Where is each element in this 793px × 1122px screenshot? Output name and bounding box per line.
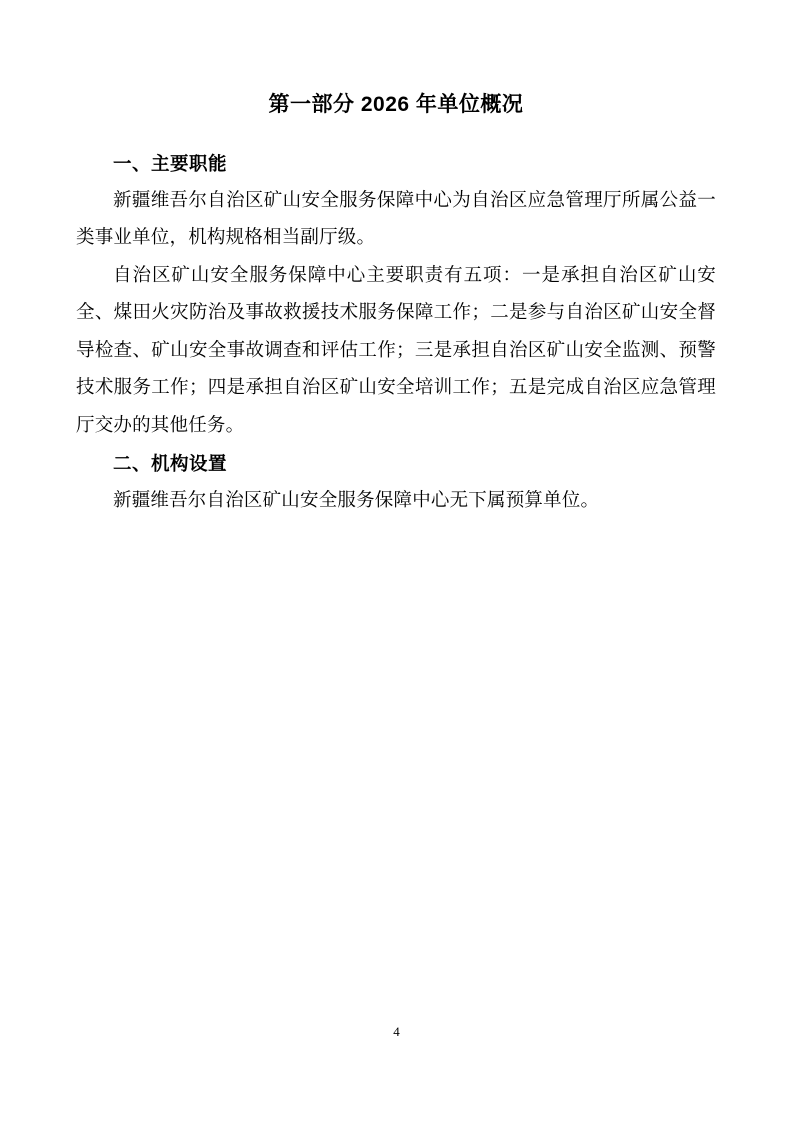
page-number: 4	[393, 1024, 400, 1039]
section-heading-main-duties: 一、主要职能	[76, 145, 716, 183]
page-title: 第一部分 2026 年单位概况	[76, 88, 716, 121]
paragraph-no-subordinate-units: 新疆维吾尔自治区矿山安全服务保障中心无下属预算单位。	[76, 483, 716, 521]
document-page: 第一部分 2026 年单位概况 一、主要职能 新疆维吾尔自治区矿山安全服务保障中…	[0, 0, 793, 1122]
section-main-duties: 一、主要职能 新疆维吾尔自治区矿山安全服务保障中心为自治区应急管理厅所属公益一类…	[76, 145, 716, 445]
page-footer: 4	[0, 1022, 793, 1042]
section-heading-organization: 二、机构设置	[76, 445, 716, 483]
paragraph-five-duties: 自治区矿山安全服务保障中心主要职责有五项：一是承担自治区矿山安全、煤田火灾防治及…	[76, 258, 716, 446]
paragraph-unit-overview: 新疆维吾尔自治区矿山安全服务保障中心为自治区应急管理厅所属公益一类事业单位，机构…	[76, 183, 716, 258]
section-organization: 二、机构设置 新疆维吾尔自治区矿山安全服务保障中心无下属预算单位。	[76, 445, 716, 520]
document-content: 第一部分 2026 年单位概况 一、主要职能 新疆维吾尔自治区矿山安全服务保障中…	[76, 88, 716, 520]
